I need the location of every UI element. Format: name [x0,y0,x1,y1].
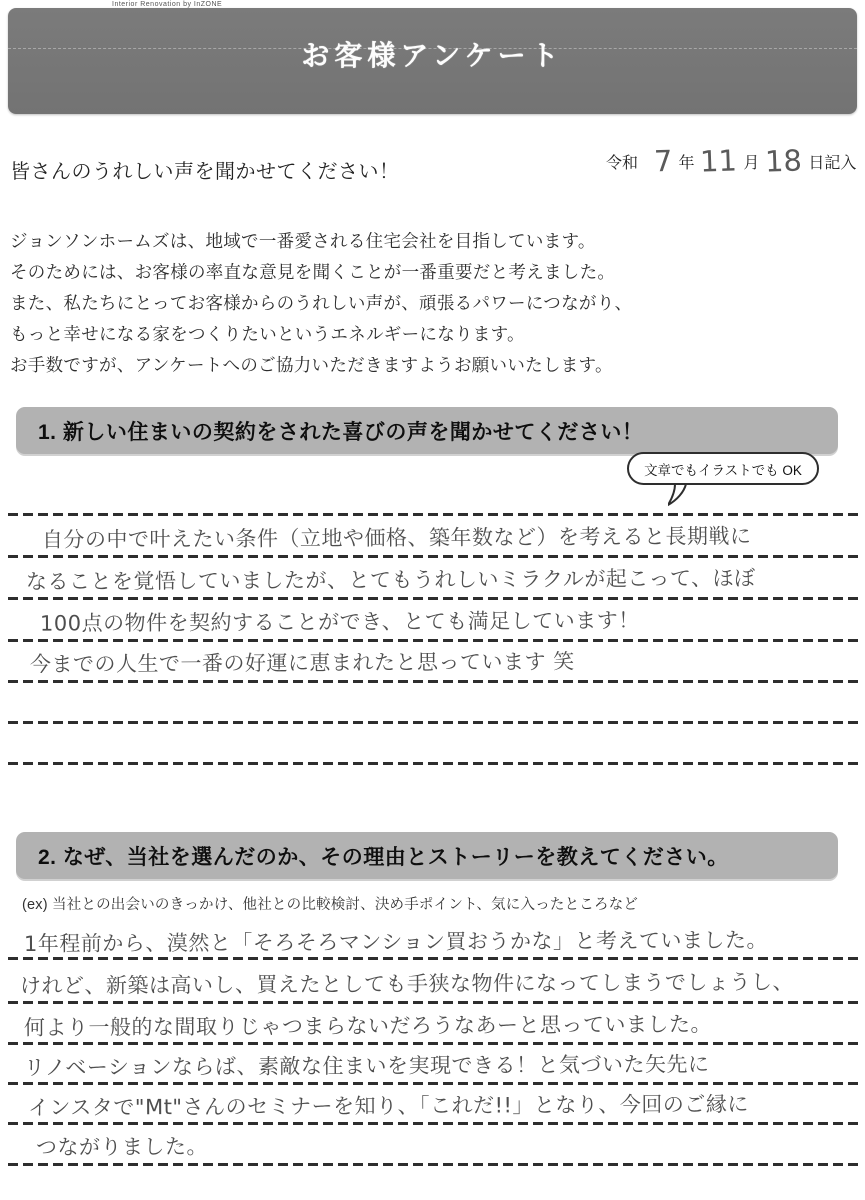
intro-line: お手数ですが、アンケートへのご協力いただきますようお願いいたします。 [10,350,632,381]
answer-line-rule [8,1042,858,1045]
month-unit-label: 月 [743,150,759,178]
handwritten-day: 18 [759,143,809,179]
handwritten-answer-line: 100点の物件を契約することができ、とても満足しています！ [40,604,640,637]
handwritten-answer-line: インスタで"Mt"さんのセミナーを知り、「これだ!!」となり、今回のご縁に [28,1088,749,1122]
answer-line-rule [8,555,858,558]
handwritten-month: 11 [694,143,744,179]
survey-sheet: Interior Renovation by InZONE お客様アンケート 皆… [0,0,865,1200]
date-entry: 令和 7 年 11 月 18 日記入 [606,144,856,178]
intro-line: もっと幸せになる家をつくりたいというエネルギーになります。 [10,319,632,350]
intro-line: そのためには、お客様の率直な意見を聞くことが一番重要だと考えました。 [10,257,632,288]
section1-header-bar: 1. 新しい住まいの契約をされた喜びの声を聞かせてください！ [16,407,838,454]
scan-fold-line [8,48,857,49]
answer-line-rule [8,1122,858,1125]
answer-line-rule [8,597,858,600]
answer-line-rule [8,680,858,683]
handwritten-answer-line: つながりました。 [36,1131,208,1162]
form-title: お客様アンケート [8,8,857,74]
handwritten-answer-line: 自分の中で叶えたい条件（立地や価格、築年数など）を考えると長期戦に [42,520,752,554]
year-unit-label: 年 [678,150,694,178]
handwritten-answer-line: 1年程前から、漠然と「そろそろマンション買おうかな」と考えていました。 [24,924,768,958]
intro-line: また、私たちにとってお客様からのうれしい声が、頑張るパワーにつながり、 [10,288,632,319]
intro-line: ジョンソンホームズは、地域で一番愛される住宅会社を目指しています。 [10,226,632,257]
section2-header-bar: 2. なぜ、当社を選んだのか、その理由とストーリーを教えてください。 [16,832,838,879]
speech-bubble-note: 文章でもイラストでも OK [627,452,819,485]
handwritten-answer-line: 何より一般的な間取りじゃつまらないだろうなあーと思っていました。 [24,1008,712,1042]
handwritten-answer-line: リノベーションならば、素敵な住まいを実現できる！と気づいた矢先に [24,1048,710,1082]
answer-line-rule [8,513,858,516]
handwritten-answer-line: なることを覚悟していましたが、とてもうれしいミラクルが起こって、ほぼ [26,562,756,596]
handwritten-answer-line: けれど、新築は高いし、買えたとしても手狭な物件になってしまうでしょうし、 [20,966,794,1000]
era-label: 令和 [606,150,638,178]
speech-bubble-tail-icon [668,483,694,507]
handwritten-year: 7 [647,143,679,178]
handwritten-answer-line: 今までの人生で一番の好運に恵まれたと思っています 笑 [30,646,575,679]
greeting-text: 皆さんのうれしい声を聞かせてください！ [10,155,400,184]
section2-heading: 2. なぜ、当社を選んだのか、その理由とストーリーを教えてください。 [38,841,729,871]
answer-line-rule [8,957,858,960]
intro-paragraph: ジョンソンホームズは、地域で一番愛される住宅会社を目指しています。 そのためには… [10,226,632,381]
section1-heading: 1. 新しい住まいの契約をされた喜びの声を聞かせてください！ [38,416,643,446]
answer-line-rule [8,721,858,724]
day-unit-label: 日記入 [808,150,856,178]
answer-line-rule [8,1001,858,1004]
answer-line-rule [8,1082,858,1085]
form-title-banner: お客様アンケート [8,8,857,114]
answer-line-rule [8,762,858,765]
brand-logo-text: Interior Renovation by InZONE [112,1,222,8]
answer-line-rule [8,639,858,642]
section2-example-note: (ex) 当社との出会いのきっかけ、他社との比較検討、決め手ポイント、気に入った… [22,893,638,914]
answer-line-rule [8,1163,858,1166]
